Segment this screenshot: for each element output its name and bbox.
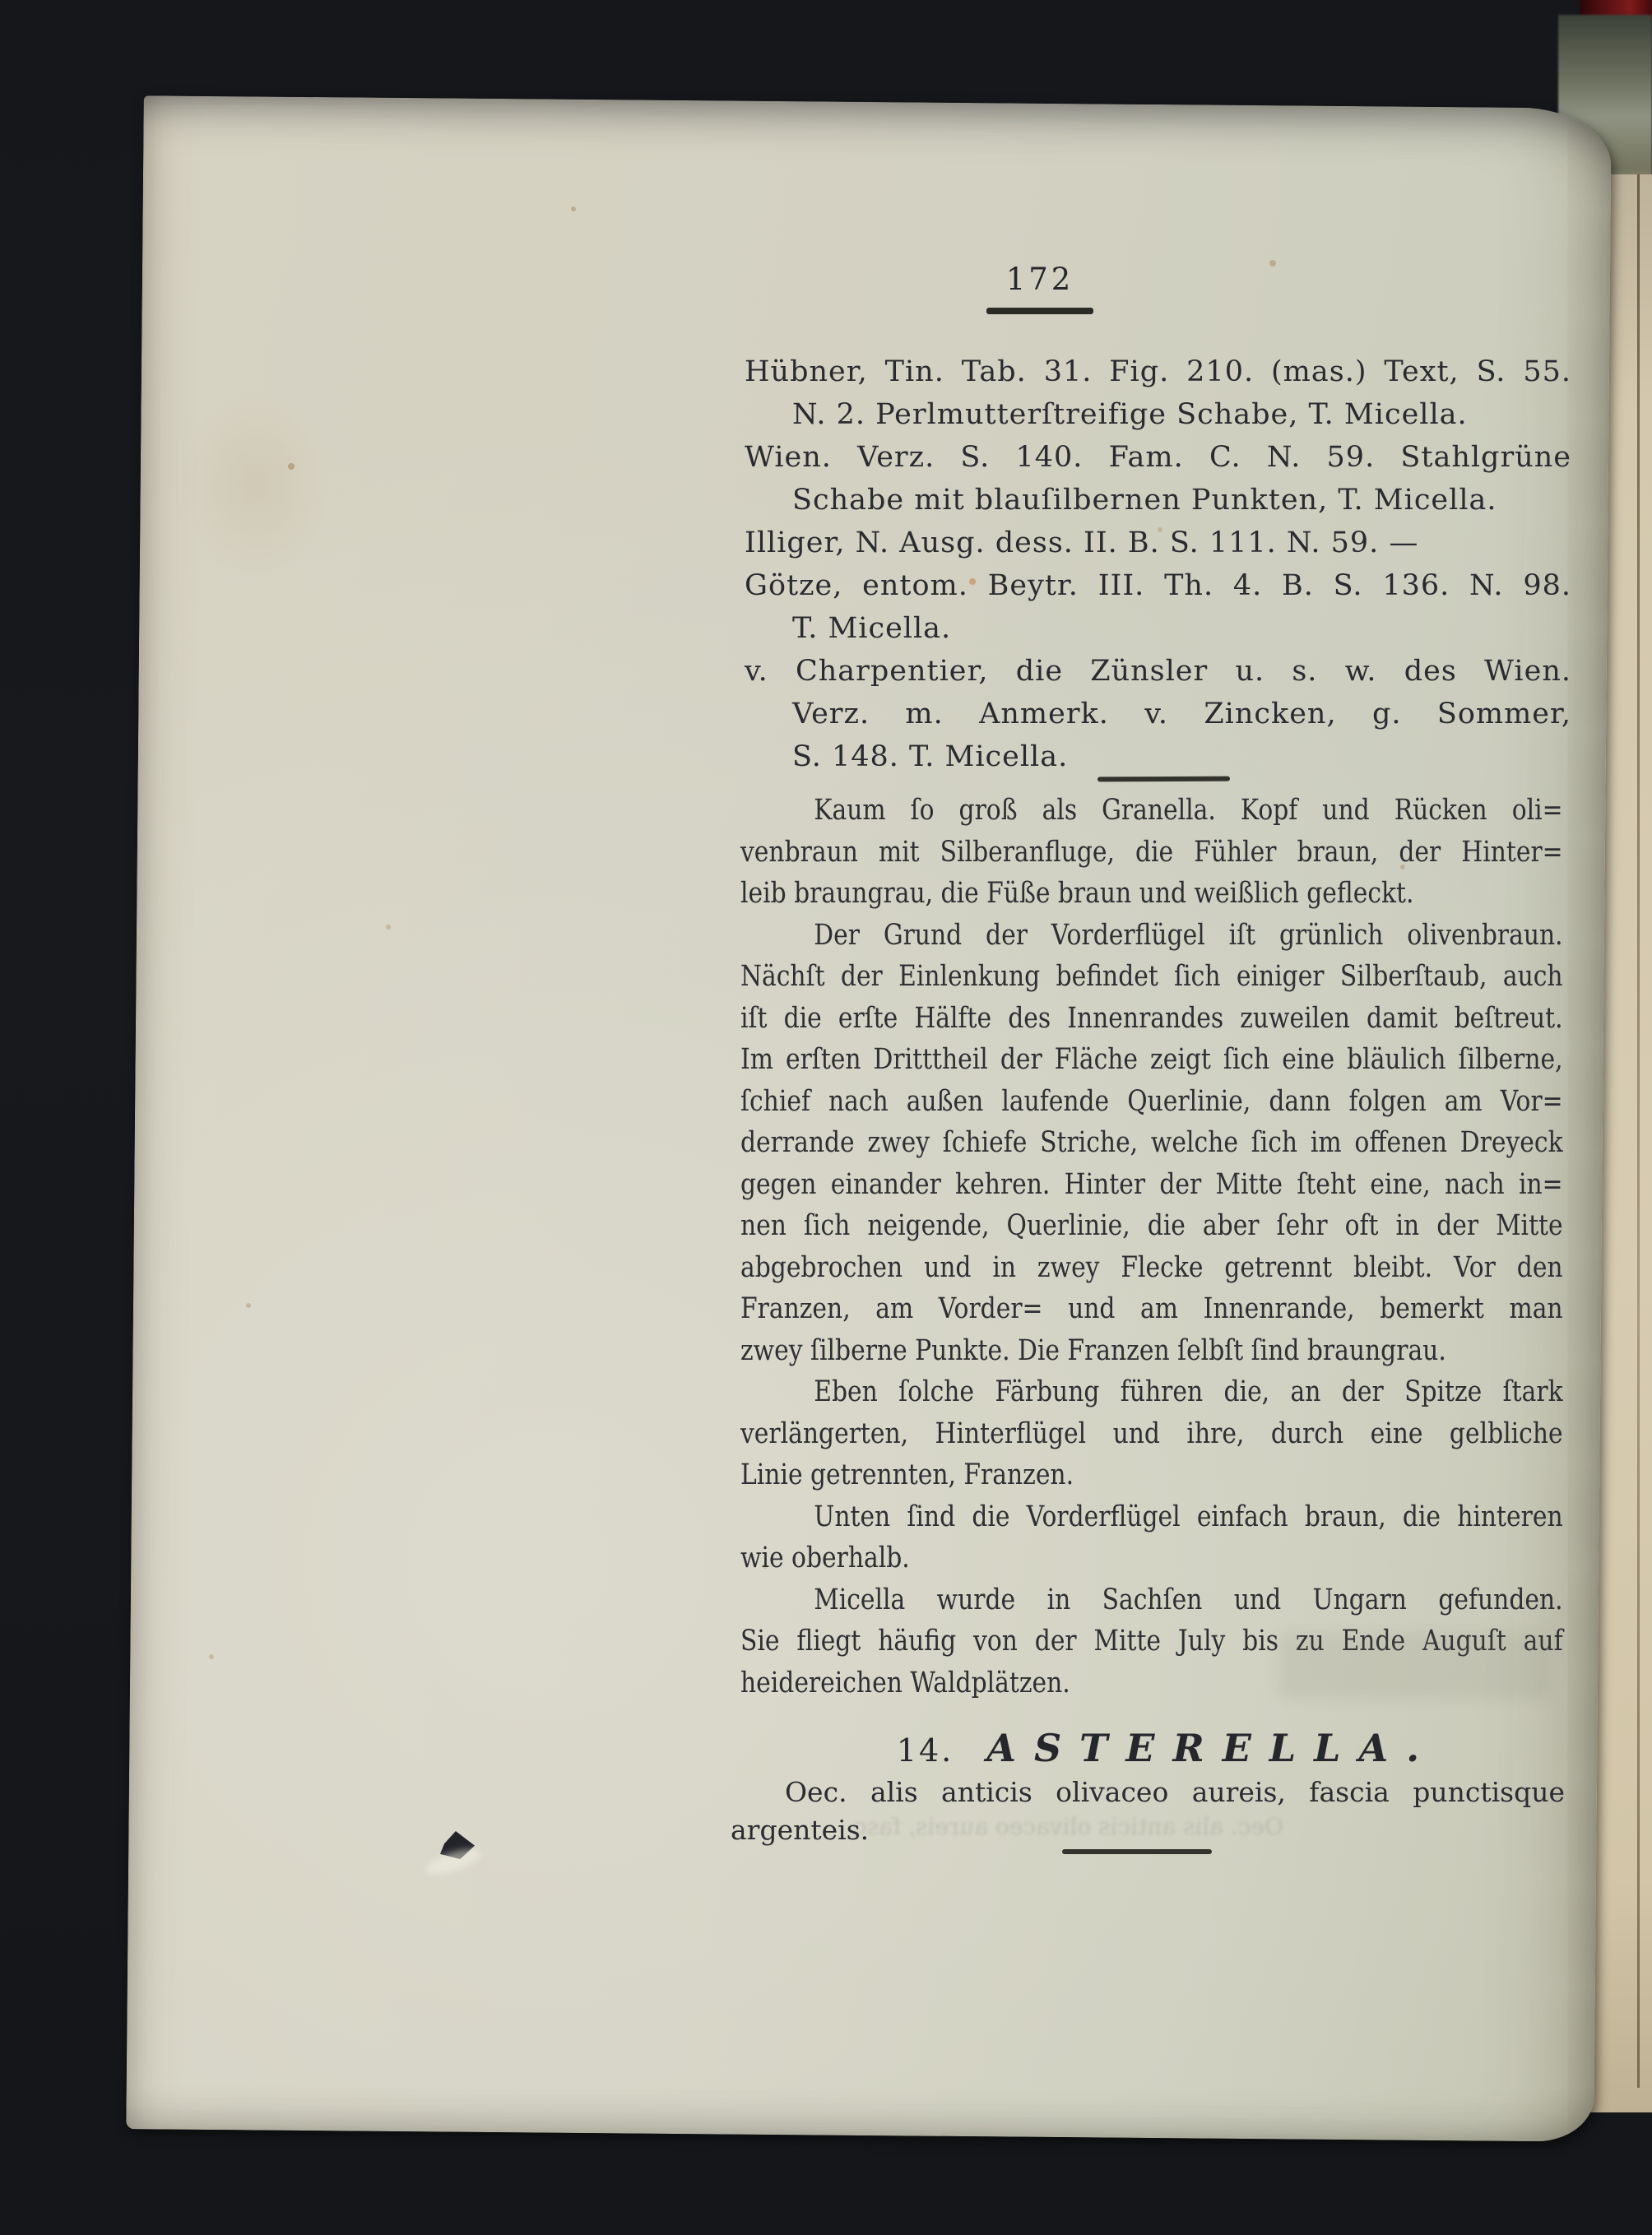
body-line: Nächſt der Einlenkung befindet ſich eini… xyxy=(740,956,1563,998)
reference-line: Schabe mit blauſilbernen Punkten, T. Mic… xyxy=(745,479,1571,522)
body-line: derrande zwey ſchiefe Striche, welche ſi… xyxy=(740,1122,1563,1164)
species-description: Kaum ſo groß als Granella. Kopf und Rück… xyxy=(740,790,1567,1704)
species-number: 14. xyxy=(897,1732,954,1769)
reference-line: Illiger, N. Ausg. dess. II. B. S. 111. N… xyxy=(745,522,1571,564)
reference-line: N. 2. Perlmutterſtreifige Schabe, T. Mic… xyxy=(745,393,1571,436)
body-line: Eben ſolche Färbung führen die, an der S… xyxy=(740,1371,1563,1413)
end-divider-rule xyxy=(1062,1849,1212,1854)
ink-bleedthrough-text: Oec. alis anticis olivaceo aureis, fasci… xyxy=(856,1813,1283,1840)
body-line: zwey ſilberne Punkte. Die Franzen ſelbſt… xyxy=(740,1330,1563,1372)
reference-line: Götze, entom. Beytr. III. Th. 4. B. S. 1… xyxy=(745,564,1571,607)
body-line: Micella wurde in Sachſen und Ungarn gefu… xyxy=(740,1579,1563,1621)
reference-line: Hübner, Tin. Tab. 31. Fig. 210. (mas.) T… xyxy=(745,350,1571,393)
scanned-book-page-photo: 172 Hübner, Tin. Tab. 31. Fig. 210. (mas… xyxy=(0,0,1652,2235)
body-line: verlängerten, Hinterflügel und ihre, dur… xyxy=(740,1413,1563,1455)
paper-stain xyxy=(148,354,362,617)
ink-bleedthrough-smudge xyxy=(1279,1633,1551,1699)
body-line: nen ſich neigende, Querlinie, die aber ſ… xyxy=(740,1205,1563,1247)
body-line: Kaum ſo groß als Granella. Kopf und Rück… xyxy=(740,790,1563,832)
body-line: iſt die erſte Hälfte des Innenrandes zuw… xyxy=(740,998,1563,1040)
species-name: ASTERELLA. xyxy=(986,1726,1437,1770)
paper-specks xyxy=(0,0,3,3)
body-line: gegen einander kehren. Hinter der Mitte … xyxy=(740,1164,1563,1206)
reference-line: S. 148. T. Micella. xyxy=(745,735,1571,778)
reference-line: Wien. Verz. S. 140. Fam. C. N. 59. Stahl… xyxy=(745,436,1571,479)
reference-line: T. Micella. xyxy=(745,607,1571,650)
body-line: Unten ſind die Vorderflügel einfach brau… xyxy=(740,1496,1563,1538)
body-line: Im erſten Dritttheil der Fläche zeigt ſi… xyxy=(740,1039,1563,1081)
section-divider-rule xyxy=(1097,777,1230,782)
body-line: wie oberhalb. xyxy=(740,1537,1563,1579)
page-number: 172 xyxy=(949,262,1130,297)
body-line: venbraun mit Silberanfluge, die Fühler b… xyxy=(740,832,1563,874)
body-line: Franzen, am Vorder= und am Innenrande, b… xyxy=(740,1288,1563,1330)
body-line: abgebrochen und in zwey Flecke getrennt … xyxy=(740,1247,1563,1289)
reference-block: Hübner, Tin. Tab. 31. Fig. 210. (mas.) T… xyxy=(745,350,1571,778)
latin-line: Oec. alis anticis olivaceo aureis, fasci… xyxy=(731,1774,1565,1811)
page-content: 172 Hübner, Tin. Tab. 31. Fig. 210. (mas… xyxy=(0,0,1652,2235)
reference-line: v. Charpentier, die Zünsler u. s. w. des… xyxy=(745,650,1571,693)
body-line: Linie getrennten, Franzen. xyxy=(740,1454,1563,1496)
reference-line: Verz. m. Anmerk. v. Zincken, g. Sommer, xyxy=(745,693,1571,735)
page-number-rule xyxy=(986,308,1093,314)
body-line: ſchief nach außen laufende Querlinie, da… xyxy=(740,1081,1563,1123)
species-heading: 14. ASTERELLA. xyxy=(745,1726,1571,1770)
body-line: Der Grund der Vorderflügel iſt grünlich … xyxy=(740,915,1563,957)
body-line: leib braungrau, die Füße braun und weißl… xyxy=(740,873,1563,915)
